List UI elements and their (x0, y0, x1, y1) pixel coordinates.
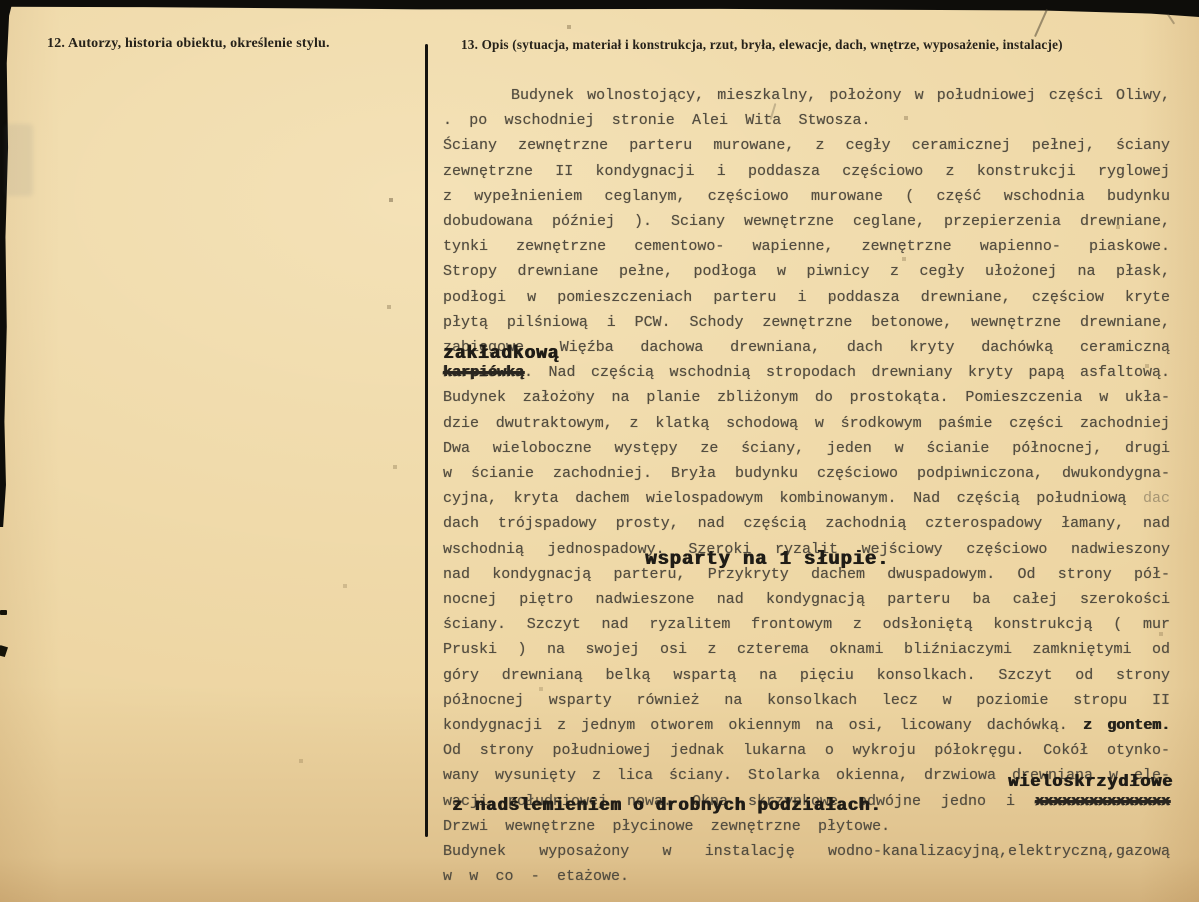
struck-out-text: karpiówką (443, 364, 524, 381)
text-run: Budynek założony na planie zbliżonym do … (443, 389, 1170, 406)
text-run: podłogi w pomieszczeniach parteru i podd… (443, 289, 1170, 306)
text-run: Budynek wyposażony w instalację wodno-ka… (443, 843, 1170, 860)
body-line: . po wschodniej stronie Alei Wita Stwosz… (443, 108, 1170, 133)
body-line: Budynek wolnostojący, mieszkalny, położo… (443, 83, 1170, 108)
body-line: w ścianie zachodniej. Bryła budynku częś… (443, 461, 1170, 486)
scan-edge-mark (0, 645, 8, 657)
body-line: Budynek wyposażony w instalację wodno-ka… (443, 839, 1170, 864)
text-run: cyjna, kryta dachem wielospadowym kombin… (443, 490, 1126, 507)
body-line: tynki zewnętrzne cementowo- wapienne, ze… (443, 234, 1170, 259)
text-run: nocnej piętro nadwieszone nad kondygnacj… (443, 591, 1170, 608)
body-line: Stropy drewniane pełne, podłoga w piwnic… (443, 259, 1170, 284)
body-line: Budynek założony na planie zbliżonym do … (443, 385, 1170, 410)
text-run: Stropy drewniane pełne, podłoga w piwnic… (443, 263, 1170, 280)
text-run: Od strony południowej jednak lukarna o w… (443, 742, 1170, 759)
faint-text: dac (1126, 490, 1170, 507)
text-run: dach trójspadowy prosty, nad częścią zac… (443, 515, 1170, 532)
body-line: dach trójspadowy prosty, nad częścią zac… (443, 511, 1170, 536)
body-line: podłogi w pomieszczeniach parteru i podd… (443, 285, 1170, 310)
text-run: północnej wsparty również na konsolkach … (443, 692, 1170, 709)
pencil-mark (1034, 9, 1048, 37)
typed-insertion: z nadślemieniem o drobnych podziałach. (452, 796, 881, 816)
typed-insertion: zakładkową (443, 344, 559, 364)
body-line: Ściany zewnętrzne parteru murowane, z ce… (443, 133, 1170, 158)
body-line: północnej wsparty również na konsolkach … (443, 688, 1170, 713)
text-run: dzie dwutraktowym, z klatką schodową w ś… (443, 415, 1170, 432)
section12-label: 12. Autorzy, historia obiektu, określeni… (47, 36, 330, 52)
text-run: Budynek wolnostojący, mieszkalny, położo… (511, 87, 1170, 104)
text-run: kondygnacji z jednym otworem okiennym na… (443, 717, 1068, 734)
typed-insertion: wsparty na 1 słupie. (645, 548, 889, 570)
text-run: . po wschodniej stronie Alei Wita Stwosz… (443, 112, 871, 129)
section13-label: 13. Opis (sytuacja, materiał i konstrukc… (461, 37, 1063, 53)
column-divider-line (425, 44, 428, 837)
body-line: Pruski ) na swojej osi z czterema oknami… (443, 637, 1170, 662)
body-line: z wypełnieniem ceglanym, częściowo murow… (443, 184, 1170, 209)
description-typewritten-text: Budynek wolnostojący, mieszkalny, położo… (443, 83, 1170, 890)
body-line: cyjna, kryta dachem wielospadowym kombin… (443, 486, 1170, 511)
scanned-heritage-record-card: 12. Autorzy, historia obiektu, określeni… (0, 0, 1199, 902)
body-line: zewnętrzne II kondygnacji i poddasza czę… (443, 159, 1170, 184)
scan-left-black-edge (0, 0, 13, 527)
body-line: dobudowana później ). Sciany wewnętrzne … (443, 209, 1170, 234)
scan-edge-mark (0, 610, 7, 615)
text-run: w ścianie zachodniej. Bryła budynku częś… (443, 465, 1170, 482)
scan-top-black-edge (0, 0, 1199, 17)
faint-stamp-smudge (5, 124, 33, 196)
body-line: karpiówką. Nad częścią wschodnią stropod… (443, 360, 1170, 385)
text-run: z wypełnieniem ceglanym, częściowo murow… (443, 188, 1170, 205)
body-line: Dwa wieloboczne występy ze ściany, jeden… (443, 436, 1170, 461)
body-line: ściany. Szczyt nad ryzalitem frontowym z… (443, 612, 1170, 637)
text-run: zewnętrzne II kondygnacji i poddasza czę… (443, 163, 1170, 180)
body-line: góry drewnianą belką wspartą na pięciu k… (443, 663, 1170, 688)
text-run: . Nad częścią wschodnią stropodach drewn… (524, 364, 1170, 381)
text-run: ściany. Szczyt nad ryzalitem frontowym z… (443, 616, 1170, 633)
text-run: Dwa wieloboczne występy ze ściany, jeden… (443, 440, 1170, 457)
body-line: Drzwi wewnętrzne płycinowe zewnętrzne pł… (443, 814, 1170, 839)
text-run: dobudowana później ). Sciany wewnętrzne … (443, 213, 1170, 230)
paper-speckles (0, 0, 2, 2)
text-run: Drzwi wewnętrzne płycinowe zewnętrzne pł… (443, 818, 890, 835)
text-run: tynki zewnętrzne cementowo- wapienne, ze… (443, 238, 1170, 255)
text-run: Ściany zewnętrzne parteru murowane, z ce… (443, 137, 1170, 154)
body-line: w w co - etażowe. (443, 864, 1170, 889)
bold-correction-text: z gontem. (1068, 717, 1170, 734)
text-run: płytą pilśniową i PCW. Schody zewnętrzne… (443, 314, 1170, 331)
body-line: nocnej piętro nadwieszone nad kondygnacj… (443, 587, 1170, 612)
body-line: Od strony południowej jednak lukarna o w… (443, 738, 1170, 763)
typed-insertion: wieloskrzydłowe (1008, 773, 1173, 792)
struck-out-text: xxxxxxxxxxxxxxx (1035, 793, 1170, 810)
body-line: kondygnacji z jednym otworem okiennym na… (443, 713, 1170, 738)
text-run: w w co - etażowe. (443, 868, 629, 885)
text-run: Pruski ) na swojej osi z czterema oknami… (443, 641, 1170, 658)
body-line: płytą pilśniową i PCW. Schody zewnętrzne… (443, 310, 1170, 335)
text-run: góry drewnianą belką wspartą na pięciu k… (443, 667, 1170, 684)
body-line: dzie dwutraktowym, z klatką schodową w ś… (443, 411, 1170, 436)
